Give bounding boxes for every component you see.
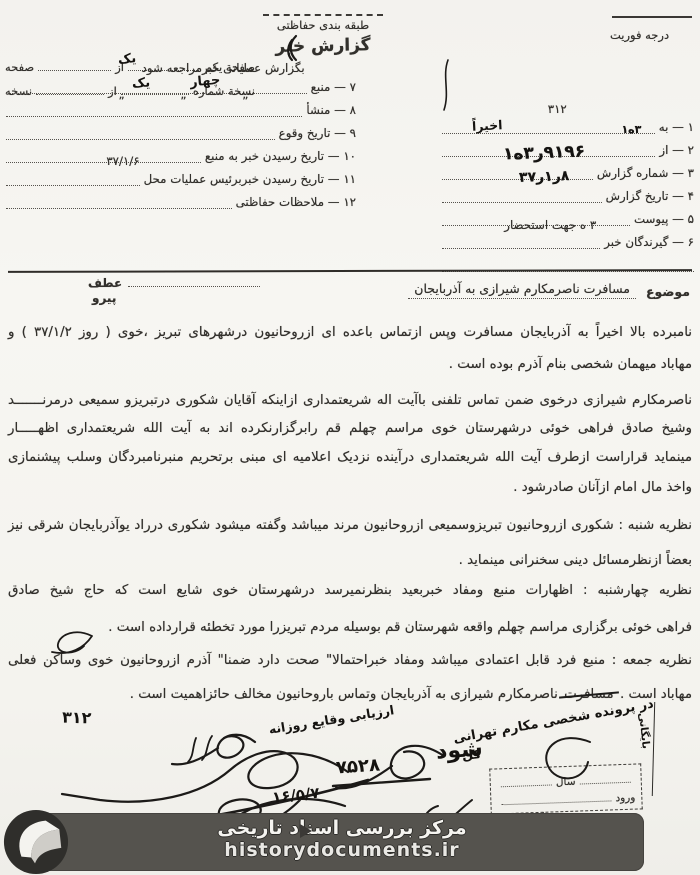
field-label: ۱۱ — تاریخ رسیدن خبربرئیس عملیات محل — [140, 172, 356, 186]
dotted-fill — [501, 775, 553, 787]
body-line: فراهی خوئی برگزاری مراسم چهلم واقعه شهرس… — [8, 617, 692, 639]
atf-row: عطف — [88, 276, 266, 290]
handwritten-number-7528: ۷۵۲۸ — [335, 754, 380, 778]
header-fields-right: ۱ — به ۳۱۲ ۲ — از ۳ه۱ ۳ — شماره گزارش ۹۱… — [442, 112, 694, 273]
urgency-label: درجه فوريت — [610, 28, 669, 42]
field-recipients: ۶ — گیرندگان خبر ۳ ه جهت استحضار — [442, 227, 694, 249]
field-label: ۹ — تاریخ وقوع — [275, 126, 356, 140]
dotted-fill — [128, 276, 260, 287]
body-line: نظریه چهارشنبه : اظهارات منبع ومفاد خبرب… — [8, 580, 692, 602]
handwritten-number-312: ۳۱۲ — [62, 707, 92, 727]
field-value-handwritten: ۸ر۱ر۳۷ — [519, 168, 570, 186]
subject-text: مسافرت ناصرمکارم شیرازی به آذربایجان — [408, 281, 636, 299]
field-value-handwritten: ۹۱۹۶ر۳ه۱ — [502, 142, 585, 165]
dotted-fill — [6, 192, 232, 209]
field-value-handwritten: ۳ه۱ — [621, 123, 641, 136]
field-report-date: ۴ — تاریخ گزارش ۸ر۱ر۳۷ — [442, 181, 694, 203]
body-line: وشیخ صادق فراهی خوئی درشهرستان خوی مراسم… — [8, 418, 692, 440]
field-date-reached-ops-chief: ۱۱ — تاریخ رسیدن خبربرئیس عملیات محل ۳۷/… — [6, 164, 356, 186]
report-body: نامبرده بالا اخیراً به آذربایجان مسافرت … — [8, 320, 692, 706]
dotted-fill — [579, 773, 631, 785]
field-label: ۴ — تاریخ گزارش — [602, 189, 694, 203]
dotted-fill: „ „ „ — [6, 100, 302, 117]
dotted-fill — [38, 58, 111, 71]
field-label: ۲ — از — [655, 143, 694, 157]
watermark-logo-icon — [2, 808, 70, 875]
handwritten-kol: کل — [461, 747, 482, 764]
body-line-part: ناصرمکارم شیرازی به آذربایجان وتماس بارو… — [130, 687, 558, 702]
dotted-fill: ۸ر۱ر۳۷ — [442, 186, 602, 203]
field-origin: ۸ — منشأ „ „ „ — [6, 95, 356, 117]
dotted-fill: ۳۷/۱/۶ — [6, 169, 140, 186]
handwritten-page-count: یک — [117, 51, 137, 68]
dotted-fill — [501, 791, 611, 805]
report-title: گزارش خبر — [234, 34, 412, 57]
scanned-report-page: طبقه بندی حفاظتی گزارش خبر درجه فوريت صف… — [0, 0, 700, 875]
body-line: مینماید قراراست ازطرف آیت الله شریعتمدار… — [8, 447, 692, 469]
dotted-fill: ۳ ه جهت استحضار — [442, 232, 600, 249]
stamp-field-label: سال — [556, 776, 576, 789]
field-label: ۶ — گیرندگان خبر — [600, 235, 694, 249]
vertical-rule — [652, 702, 655, 796]
watermark-title: مرکز بررسی اسناد تاریخی — [40, 817, 644, 839]
body-line: نظریه شنبه : شکوری ازروحانیون تبریزوسمیع… — [8, 515, 692, 537]
header-fields-left: ۷ — منبع بگزارش عملیاتی خبرمراجعه شود ۸ … — [6, 72, 356, 210]
field-label: ۳ — شماره گزارش — [593, 166, 694, 180]
field-security-remarks: ۱۲ — ملاحظات حفاظتی — [6, 187, 356, 209]
watermark-banner: مرکز بررسی اسناد تاریخی historydocuments… — [40, 813, 644, 871]
watermark-url: historydocuments.ir — [40, 839, 644, 861]
reference-block: عطف پیرو — [88, 276, 266, 305]
field-label: ۸ — منشأ — [302, 103, 356, 117]
urgency-overline — [612, 16, 692, 18]
field-date-reached-source: ۱۰ — تاریخ رسیدن خبر به منبع — [6, 141, 356, 163]
struck-word: مسافرت — [562, 684, 616, 706]
atf-label: عطف — [88, 276, 122, 290]
body-line: نظریه جمعه : منبع فرد قابل اعتمادی میباش… — [8, 650, 692, 672]
field-occurrence-date: ۹ — تاریخ وقوع — [6, 118, 356, 140]
dotted-fill: ۹۱۹۶ر۳ه۱ — [442, 163, 593, 180]
field-label: ۵ — پیوست — [630, 212, 694, 226]
field-label: ۱ — به — [655, 120, 694, 134]
peyro-label: پیرو — [88, 291, 266, 305]
handwritten-recently: اخیراً — [472, 117, 503, 134]
body-line: واخذ مال امام ازآنان صادرشود . — [8, 477, 692, 499]
dotted-fill — [6, 123, 275, 140]
handwritten-small-date: ۱۶/۵/۷ — [271, 784, 320, 807]
handwritten-eval-note: ارزیابی وقایع روزانه — [268, 702, 396, 737]
handwritten-vertical-bayegani: بایگانی — [636, 712, 652, 750]
body-line: مهاباد میهمان شخصی بنام آذرم بوده است . — [8, 354, 692, 376]
field-label: ۷ — منبع — [307, 80, 356, 94]
archive-stamp-box: سال ورود — [489, 763, 643, 814]
body-line: نامبرده بالا اخیراً به آذربایجان مسافرت … — [8, 322, 692, 344]
field-label: ۱۰ — تاریخ رسیدن خبر به منبع — [201, 149, 356, 163]
classification-stamp: طبقه بندی حفاظتی گزارش خبر — [234, 14, 412, 56]
stamp-border-line — [263, 14, 383, 16]
field-value: ۳ ه جهت استحضار — [504, 218, 596, 232]
stamp-field-label: ورود — [615, 792, 635, 805]
body-line: ناصرمکارم شیرازی درخوی ضمن تماس تلفنی با… — [8, 390, 692, 412]
field-value: ۳۱۲ — [548, 102, 567, 116]
stamp-row: ورود — [497, 786, 636, 809]
ditto-marks: „ „ „ — [119, 87, 275, 101]
field-value: ۳۷/۱/۶ — [106, 154, 139, 168]
watermark-pointer-icon — [300, 824, 312, 838]
classification-label: طبقه بندی حفاظتی — [234, 18, 412, 32]
body-line: بعضاً ازنظرمسائل دینی سخنرانی مینماید . — [8, 550, 692, 572]
subject-label: موضوع — [646, 284, 690, 299]
field-label: ۱۲ — ملاحظات حفاظتی — [232, 195, 356, 209]
body-line-with-strike: مهاباد است . مسافرت ناصرمکارم شیرازی به … — [8, 684, 692, 706]
subject-row: موضوع مسافرت ناصرمکارم شیرازی به آذربایج… — [408, 281, 690, 299]
field-value: بگزارش عملیاتی خبرمراجعه شود — [142, 61, 305, 75]
dotted-fill — [6, 146, 201, 163]
